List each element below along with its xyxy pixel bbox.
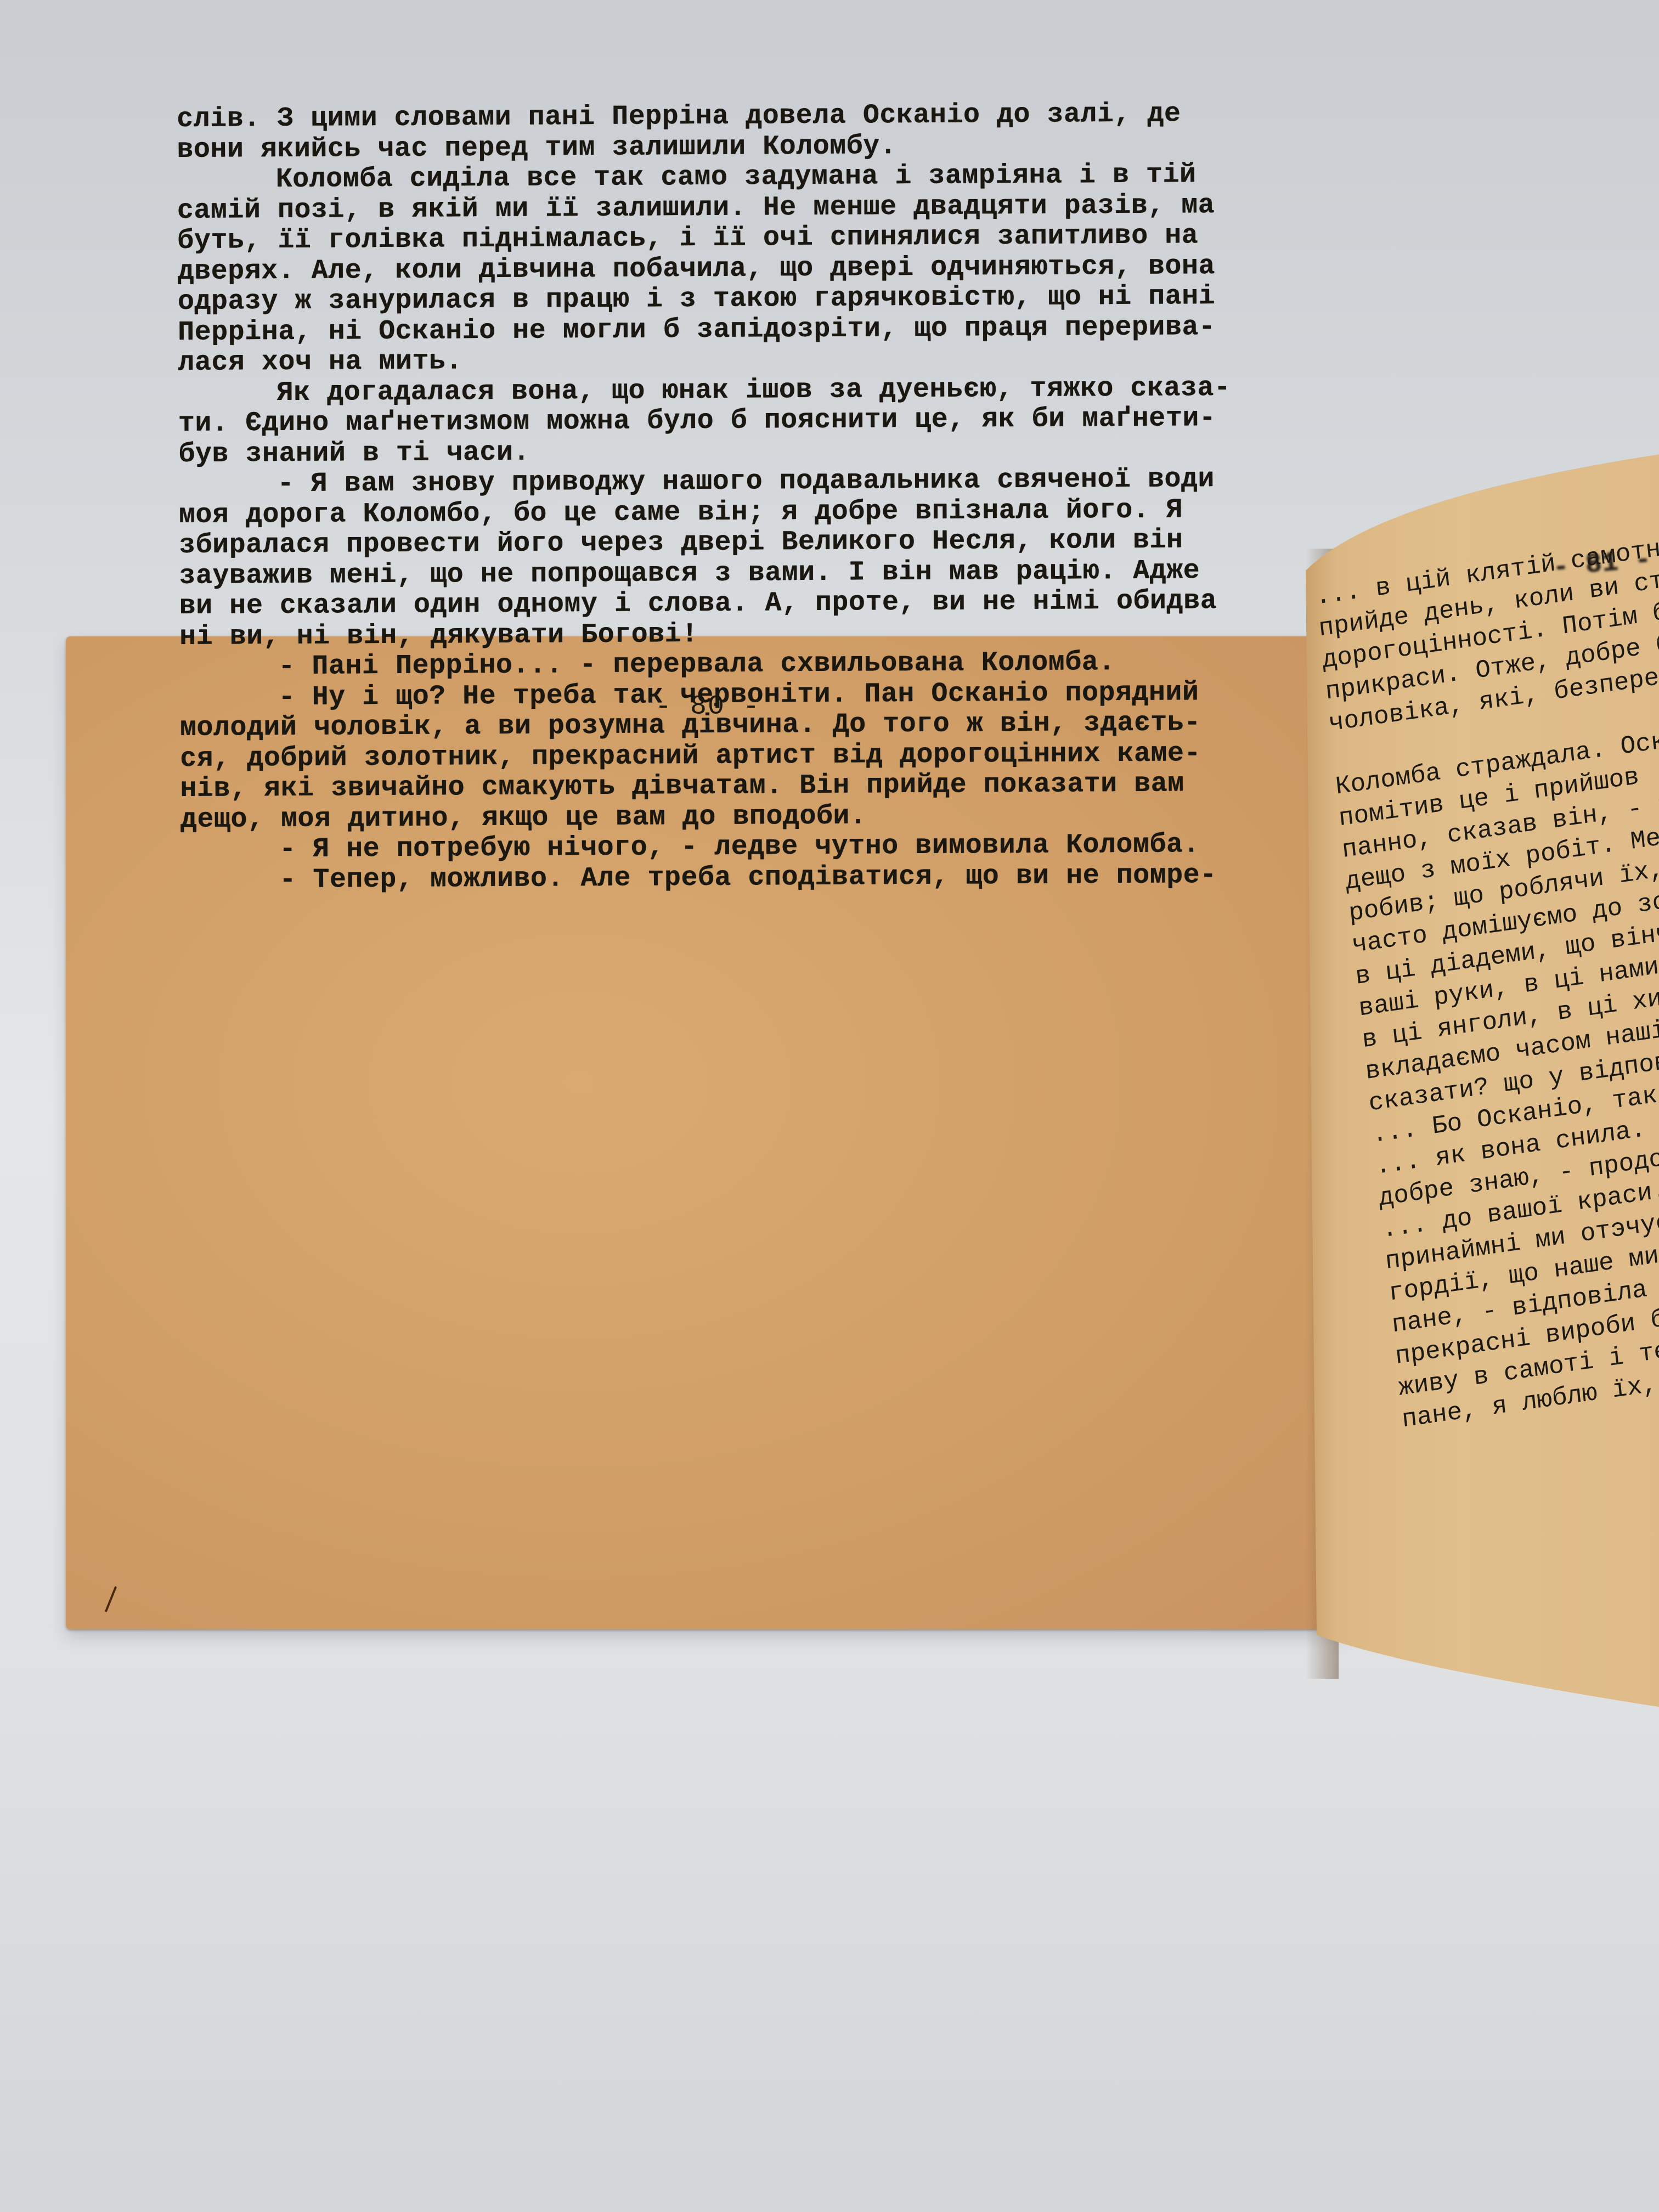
text-line: слів. З цими словами пані Перріна довела…	[177, 99, 1274, 135]
text-line: ти. Єдино маґнетизмом можна було б поясн…	[178, 403, 1276, 439]
text-line: Перріна, ні Осканіо не могли б запідозрі…	[178, 312, 1275, 348]
text-line: зауважив мені, що не попрощався з вами. …	[179, 555, 1276, 591]
text-line: - Пані Перріно... - перервала схвильован…	[179, 647, 1277, 683]
text-line: збиралася провести його через двері Вели…	[179, 525, 1276, 561]
pencil-mark	[105, 1586, 117, 1612]
text-line: - Ну і що? Не треба так червоніти. Пан О…	[180, 677, 1277, 713]
text-line: моя дорога Коломбо, бо це саме він; я до…	[179, 494, 1276, 531]
left-page-text: слів. З цими словами пані Перріна довела…	[177, 99, 1278, 896]
text-line: нів, які звичайно смакують дівчатам. Він…	[180, 769, 1277, 805]
text-line: ні ви, ні він, дякувати Богові!	[179, 616, 1277, 652]
text-line: ви не сказали один одному і слова. А, пр…	[179, 586, 1277, 622]
text-line: - Тепер, можливо. Але треба сподіватися,…	[180, 860, 1278, 896]
